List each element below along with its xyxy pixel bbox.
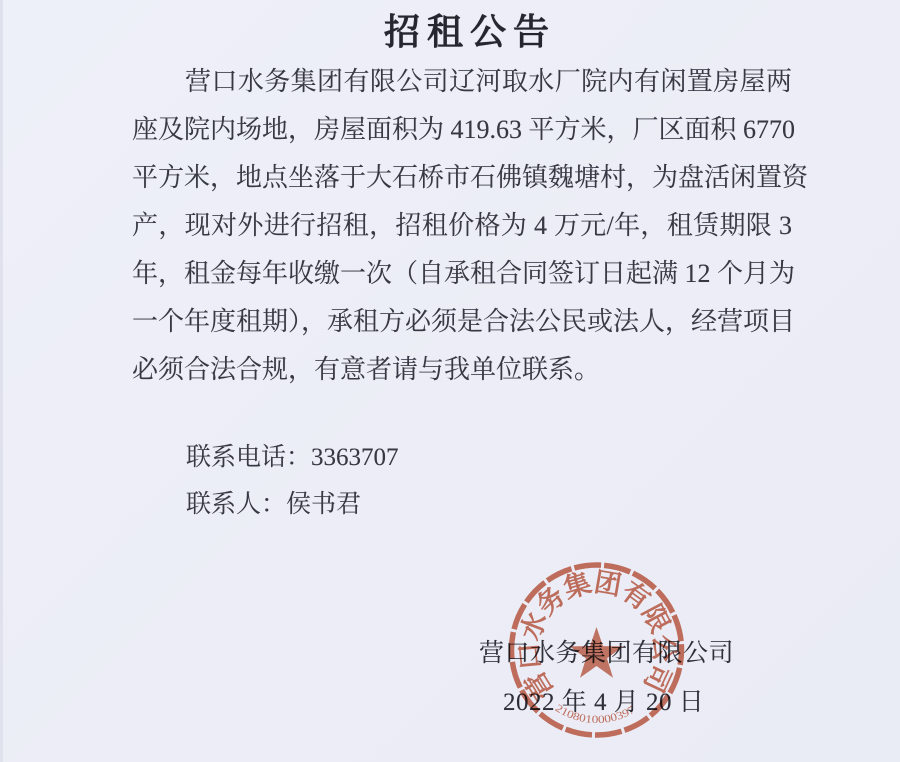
body-line: 年，租金每年收缴一次（自承租合同签订日起满 12 个月为 xyxy=(132,250,792,298)
contact-block: 联系电话：3363707 联系人：侯书君 xyxy=(186,434,399,528)
body-line: 营口水务集团有限公司辽河取水厂院内有闲置房屋两 xyxy=(132,58,792,106)
contact-phone-line: 联系电话：3363707 xyxy=(186,434,399,481)
notice-title: 招租公告 xyxy=(384,4,556,55)
body-line: 产，现对外进行招租，招租价格为 4 万元/年，租赁期限 3 xyxy=(132,202,792,250)
seal-star-icon xyxy=(570,627,623,678)
contact-person-label: 联系人： xyxy=(186,491,286,518)
contact-person-name: 侯书君 xyxy=(286,491,361,518)
svg-text:2108010000397: 2108010000397 xyxy=(553,702,638,726)
body-line: 平方米，地点坐落于大石桥市石佛镇魏塘村，为盘活闲置资 xyxy=(132,154,792,202)
body-line: 一个年度租期），承租方必须是合法公民或法人，经营项目 xyxy=(132,298,792,346)
body-line: 必须合法合规，有意者请与我单位联系。 xyxy=(132,346,792,394)
contact-phone-number: 3363707 xyxy=(311,444,399,471)
notice-body: 营口水务集团有限公司辽河取水厂院内有闲置房屋两 座及院内场地，房屋面积为 419… xyxy=(132,58,792,394)
company-seal-stamp: 营口水务集团有限公司 2108010000397 xyxy=(504,560,689,740)
scanned-notice-page: 招租公告 营口水务集团有限公司辽河取水厂院内有闲置房屋两 座及院内场地，房屋面积… xyxy=(0,0,900,762)
contact-person-line: 联系人：侯书君 xyxy=(186,481,399,528)
seal-serial-number: 2108010000397 xyxy=(553,702,638,726)
contact-phone-label: 联系电话： xyxy=(186,444,311,471)
body-line: 座及院内场地，房屋面积为 419.63 平方米，厂区面积 6770 xyxy=(132,106,792,154)
